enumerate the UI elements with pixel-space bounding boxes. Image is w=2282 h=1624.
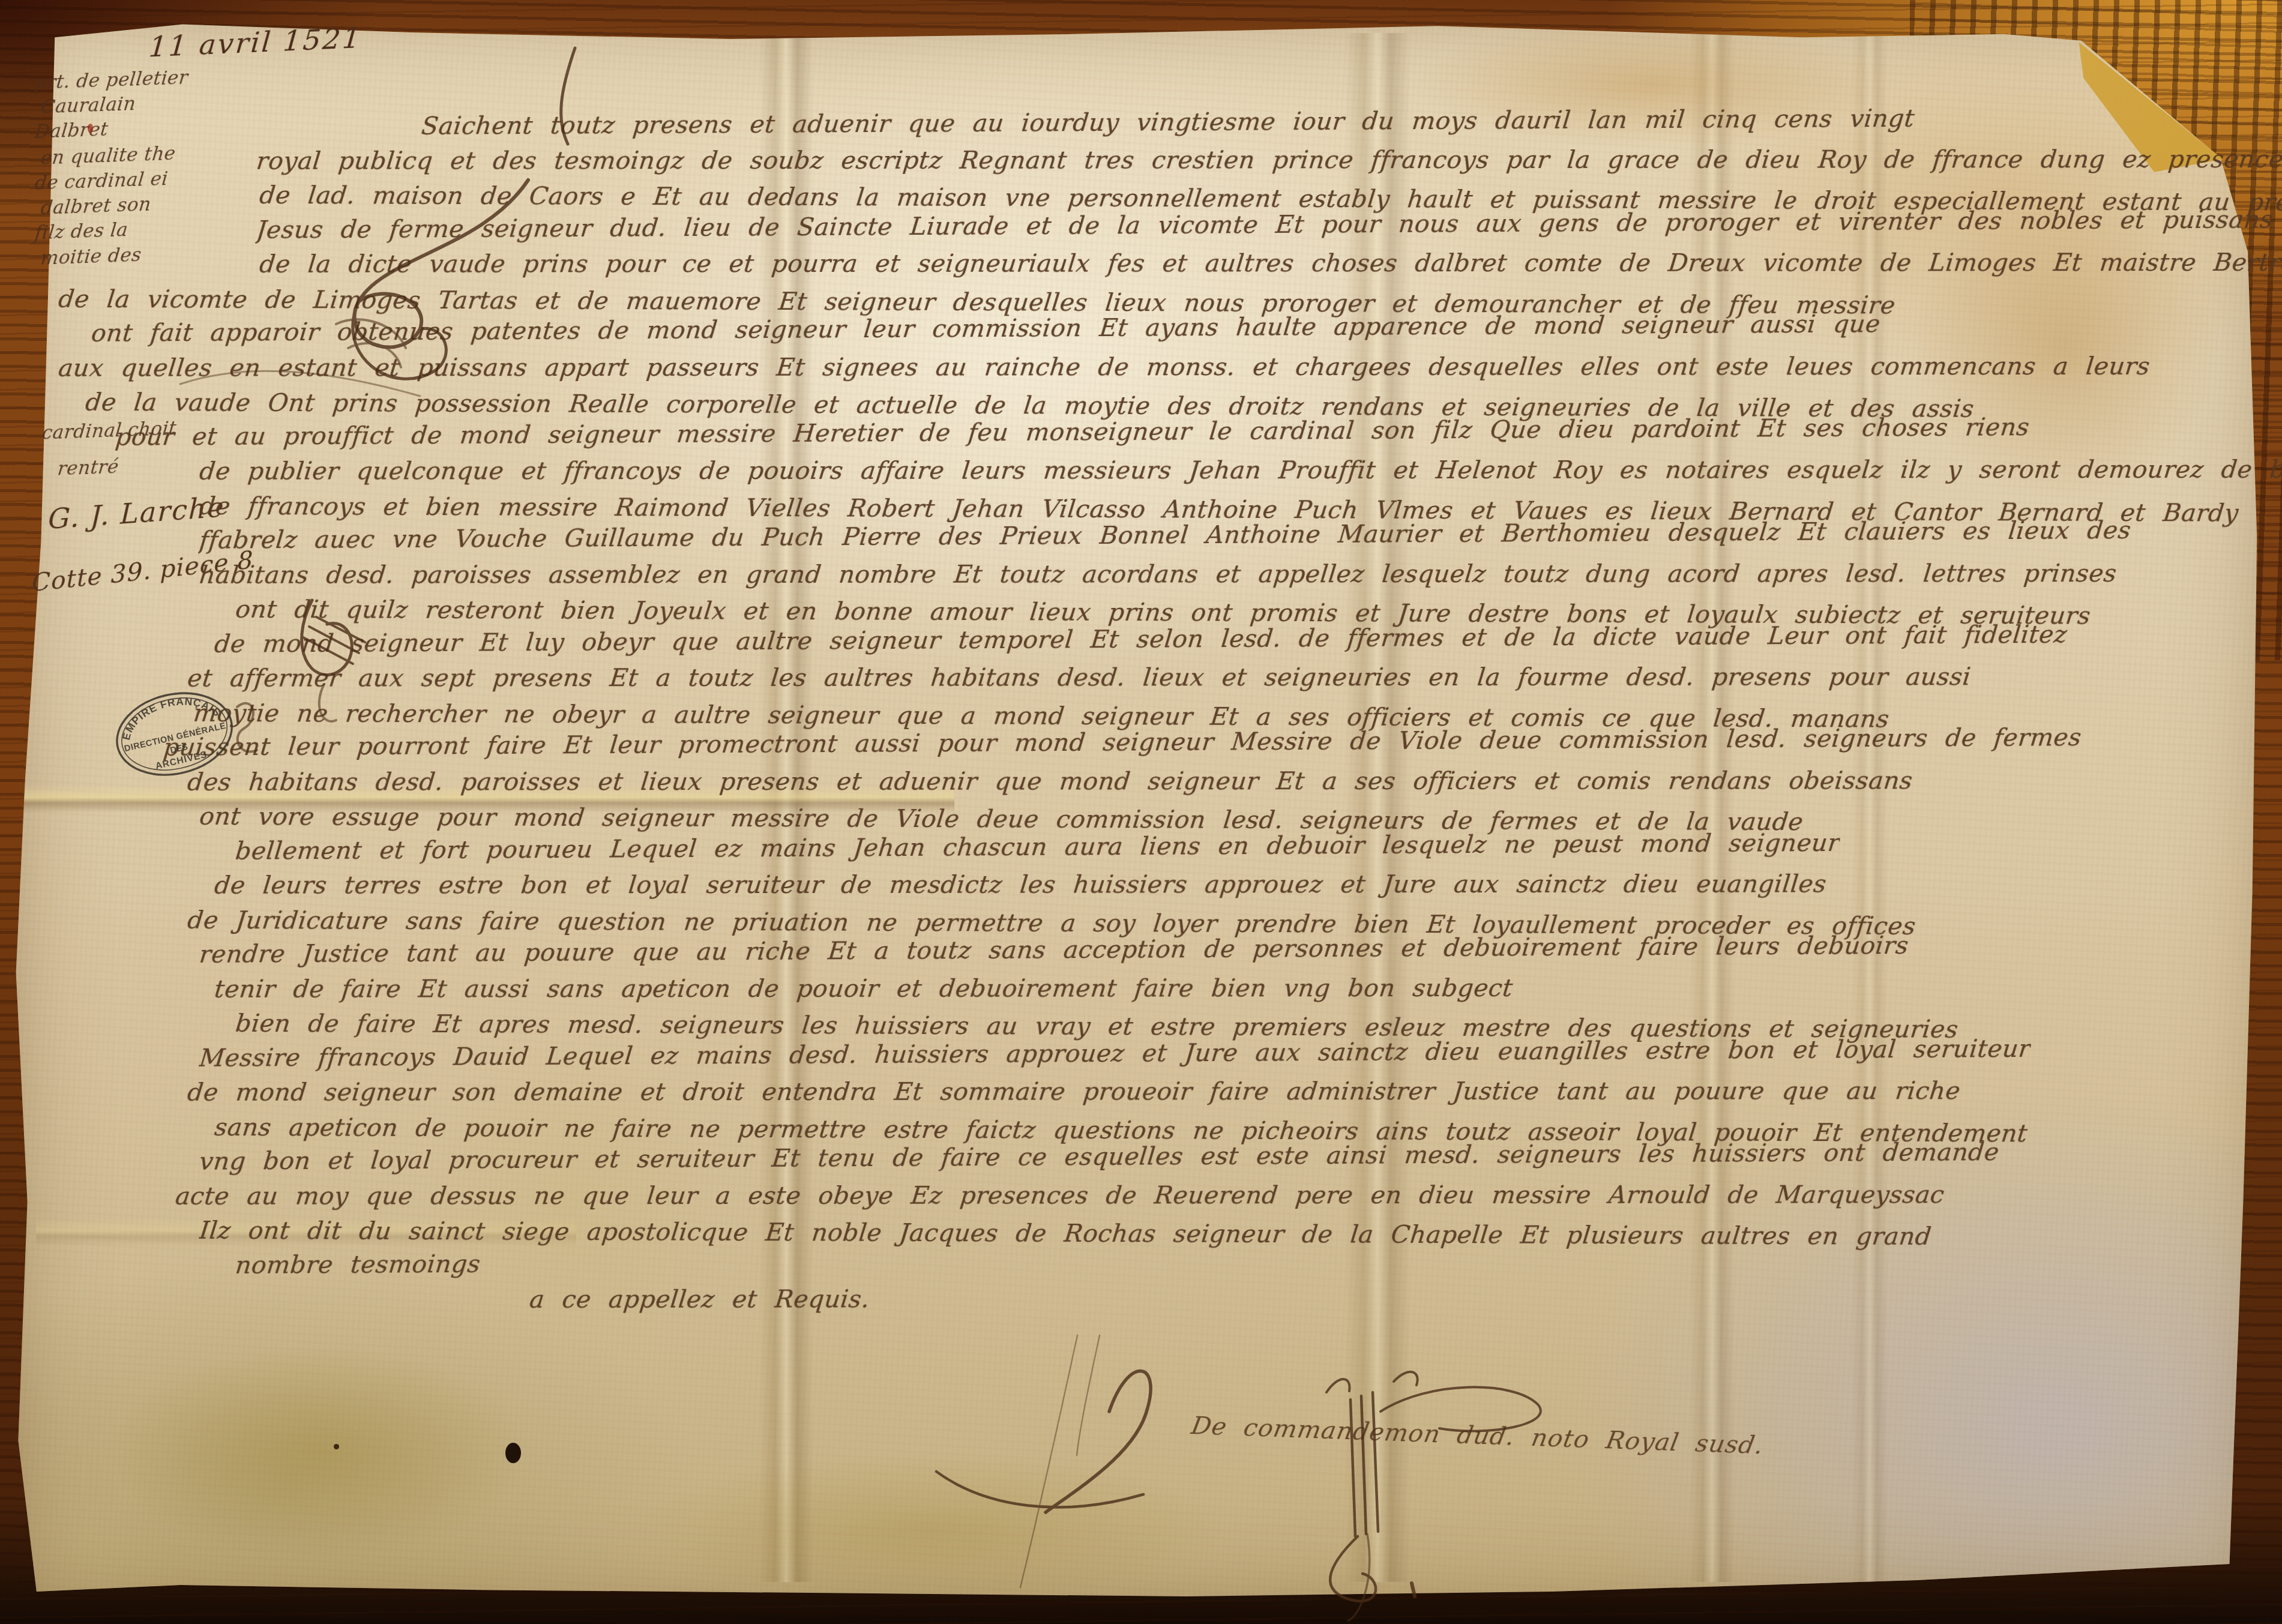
manuscript-line: de mond seigneur son demaine et droit en…	[186, 1076, 1962, 1107]
manuscript-line: nombre tesmoings	[234, 1250, 482, 1280]
margin-note-line: Dalbret	[34, 119, 109, 143]
manuscript-line: de leurs terres estre bon et loyal serui…	[213, 870, 1828, 900]
stain	[108, 1344, 528, 1560]
photo-of-parchment-charter: { "annotations": { "date_note": "11 avri…	[0, 0, 2282, 1624]
red-speck	[88, 124, 93, 133]
margin-word: rentré	[56, 456, 120, 480]
stain	[630, 1452, 1230, 1608]
manuscript-line: royal publicq et des tesmoingz de soubz …	[255, 145, 2282, 175]
manuscript-line: a ce appellez et Requis.	[528, 1285, 871, 1314]
manuscript-line: acte au moy que dessus ne que leur a est…	[174, 1180, 1946, 1210]
margin-note-line: filz des la	[34, 219, 129, 244]
manuscript-line: aux quelles en estant et puissans appart…	[57, 352, 2152, 382]
manuscript-line: Ilz ont dit du sainct siege apostolicque…	[198, 1216, 1933, 1251]
margin-note-line: moitie des	[40, 244, 142, 269]
dark-hole	[505, 1443, 521, 1463]
margin-note-line: Cauralain	[40, 93, 137, 118]
manuscript-line: des habitans desd. paroisses et lieux pr…	[186, 766, 1914, 796]
manuscript-line: habitans desd. paroisses assemblez en gr…	[198, 559, 2118, 589]
manuscript-line: tenir de faire Et aussi sans apeticon de…	[213, 973, 1514, 1003]
manuscript-line: de publier quelconque et ffrancoys de po…	[198, 455, 2282, 486]
dark-speck	[334, 1444, 339, 1449]
manuscript-line: et affermer aux sept presens Et a toutz …	[186, 662, 1972, 693]
manuscript-line: de la dicte vaude prins pour ce et pourr…	[258, 248, 2282, 278]
margin-note-line: dalbret son	[40, 194, 152, 220]
